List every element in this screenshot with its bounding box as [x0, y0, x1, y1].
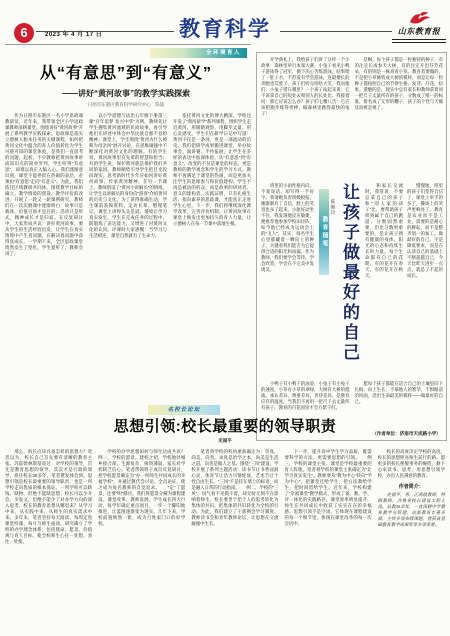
page-number-badge: 6 [14, 23, 34, 43]
article1-column-2: 以小学道德与法治五年级下册第三课“百年追梦 复兴中华”为例，教师先让学生搜集黄河… [89, 113, 167, 399]
masthead: 山东教育报 [392, 11, 446, 43]
article1-subtitle: ——讲好“黄河故事”的教学实践探索 [2, 88, 250, 99]
header-rule-left [36, 31, 174, 32]
article3-column-5: 校长的高度决定学校的高度，校长的思想照亮师生前行的路。愿更多的校长摆脱事务的缠绕… [378, 449, 445, 631]
article1-byline: 日照市东港区教育科学研究中心 陈迪 [2, 102, 250, 108]
header-bottom-rule [5, 44, 251, 45]
column-tag-mingxiaozhang: 名校长论坛 [148, 405, 220, 415]
article2-mid-right-column-2: 慢慢地，班里的孩子们变得自信了，课堂上举手的多了，操场上的笑声更响亮了。教育是农… [407, 183, 443, 377]
article2-mid-left-column: 班里的小雨性格内向，不爱说话，却写得一手好字。我请她负责班级板报，她渐渐有了自信… [261, 183, 314, 377]
article3-body: 那么，校长应该具备怎样的思想力？笔者以为，校长自己首先要有清晰的教育主张。苏霍姆… [5, 449, 445, 631]
article2-top-column-1: 开学典礼上，我给孩子们讲了这样一个小故事：森林里举行本领大赛，小兔子看见小鸭子游… [261, 57, 350, 179]
article3-column-3: 笔者将学校的校风重新确定为：崇真，尚美，向善。求真是治学之本，尚美是生活之道，向… [191, 449, 278, 631]
article1-body: 作为日照市东港区一名小学思政课教研员，近年来，我带领全区小学思政课教师深耕课堂，… [5, 113, 251, 399]
article3-column-5-text: 校长的高度决定学校的高度，校长的思想照亮师生前行的路。愿更多的校长摆脱事务的缠绕… [378, 449, 445, 479]
article2-vertical-headline: 让孩子做最好的自己 [336, 183, 362, 389]
article3-column-4: 下一步，提升高中学生学习品质，既需要科学的方法，更需要思想的引领。 例三，学校的… [284, 449, 371, 631]
article3-column-2: 学校的办学思想如何与师生达成共识？ 例一，学校的愿景。建校之初，学校地处城乡接合… [98, 449, 185, 631]
article2-top-column-2: 是啊，每个孩子都是一粒独特的种子，有的注定长成参天大树，有的注定开出芬芳花朵，有… [355, 57, 444, 179]
masthead-rule [392, 39, 446, 40]
masthead-rule-2 [392, 42, 446, 43]
article1-headline: 从“有意思”到“有意义” [2, 60, 250, 83]
header-rule-right [280, 31, 392, 32]
masthead-bird-icon [407, 11, 431, 25]
column-tag-jiaoyusuibi: 教育随笔 [319, 189, 329, 275]
article1-column-1: 作为日照市东港区一名小学思政课教研员，近年来，我带领全区小学思政课教师深耕课堂，… [5, 113, 83, 399]
article2-box: 开学典礼上，我给孩子们讲了这样一个小故事：森林里举行本领大赛，小兔子看见小鸭子游… [256, 52, 447, 441]
article1-column-3: 依托黄河文化的博大精深，学校还开发了“黄河研学”系列课程，组织学生走近黄河，用眼… [173, 113, 251, 399]
author-bio-header: 作者简介： [378, 483, 445, 490]
article3-author: 史福平 [30, 438, 420, 444]
article2-top-row: 开学典礼上，我给孩子们讲了这样一个小故事：森林里举行本领大赛，小兔子看见小鸭子游… [261, 57, 443, 179]
masthead-title: 山东教育报 [392, 26, 446, 37]
section-title: 教育科学 [168, 13, 282, 43]
article2-mid-right-column-1: 和家长交流时，我常说：不要总拿自己的孩子和“别人家的孩子”比，要帮助孩子找到属于… [365, 183, 403, 377]
newspaper-page: 6 2023 年 4 月 17 日 教育科学 山东教育报 全环境育人 从“有意思… [0, 0, 450, 636]
author-bio-text: 史福平，男，正高级教师，特级教师，齐鲁名校长建设工程人选。从教30余年，一直深耕… [378, 492, 445, 528]
article3-headline: 思想引领:校长最重要的领导职责 [30, 415, 420, 436]
column-tag-quanhuanjing: 全环境育人 [150, 48, 247, 58]
article3-column-1: 那么，校长应该具备怎样的思想力？笔者以为，校长自己首先要有清晰的教育主张。苏霍姆… [5, 449, 92, 631]
